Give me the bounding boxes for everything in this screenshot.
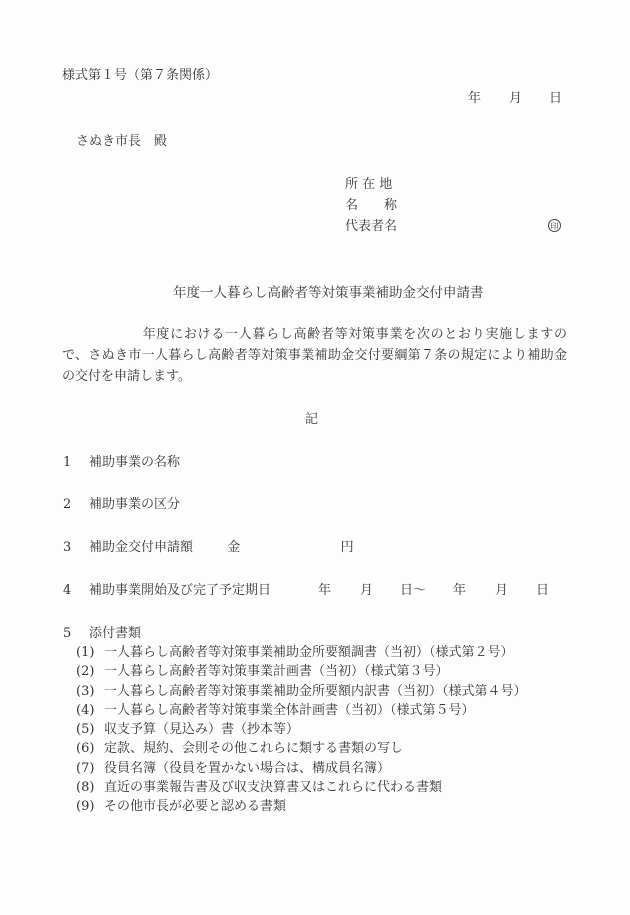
list-item: (5)収支予算（見込み）書（抄本等） (76, 723, 527, 742)
section-number: 5 (63, 627, 89, 640)
section-number: 3 (63, 541, 89, 554)
list-item: (4)一人暮らし高齢者等対策事業全体計画書（当初）（様式第５号） (76, 704, 527, 723)
form-number: 様式第１号（第７条関係） (62, 69, 218, 82)
list-item: (9)その他市長が必要と認める書類 (76, 800, 527, 819)
end-month: 月 (495, 584, 508, 597)
list-item: (3)一人暮らし高齢者等対策事業補助金所要額内訳書（当初）（様式第４号） (76, 685, 527, 704)
amount-prefix: 金 (227, 540, 240, 555)
section-3: 3補助金交付申請額 金 円 (63, 541, 354, 554)
list-item: (6)定款、規約、会則その他これらに類する書類の写し (76, 742, 527, 761)
attachments-list: (1)一人暮らし高齢者等対策事業補助金所要額調書（当初）（様式第２号） (2)一… (76, 646, 527, 820)
name-label: 名 称 (345, 199, 397, 212)
start-year: 年 (318, 584, 331, 597)
section-2: 2補助事業の区分 (63, 498, 180, 511)
representative-label: 代表者名 (345, 220, 397, 233)
section-number: 1 (63, 456, 89, 469)
body-paragraph: 年度における一人暮らし高齢者等対策事業を次のとおり実施しますので、さぬき市一人暮… (62, 324, 567, 387)
addressee: さぬき市長 殿 (76, 135, 167, 148)
address-label: 所 在 地 (345, 178, 392, 191)
seal-icon: 印 (548, 219, 561, 232)
section-1: 1補助事業の名称 (63, 456, 180, 469)
amount-unit: 円 (341, 540, 354, 555)
section-label: 添付書類 (89, 626, 141, 641)
start-month: 月 (360, 584, 373, 597)
date-day-label: 日 (549, 92, 562, 105)
body-text: 年度における一人暮らし高齢者等対策事業を次のとおり実施しますので、さぬき市一人暮… (62, 327, 567, 384)
list-item: (8)直近の事業報告書及び収支決算書又はこれらに代わる書類 (76, 781, 527, 800)
end-year: 年 (453, 584, 466, 597)
section-number: 4 (63, 584, 89, 597)
date-month-label: 月 (509, 92, 522, 105)
start-day: 日～ (400, 584, 426, 597)
section-label: 補助事業の区分 (89, 497, 180, 512)
section-4: 4補助事業開始及び完了予定期日 (63, 584, 271, 597)
ki-heading: 記 (305, 413, 318, 426)
list-item: (1)一人暮らし高齢者等対策事業補助金所要額調書（当初）（様式第２号） (76, 646, 527, 665)
section-label: 補助事業開始及び完了予定期日 (89, 583, 271, 598)
end-day: 日 (536, 584, 549, 597)
section-label: 補助金交付申請額 (89, 540, 193, 555)
section-5: 5添付書類 (63, 627, 141, 640)
section-number: 2 (63, 498, 89, 511)
document-title: 年度一人暮らし高齢者等対策事業補助金交付申請書 (173, 287, 484, 301)
date-year-label: 年 (468, 92, 481, 105)
list-item: (7)役員名簿（役員を置かない場合は、構成員名簿） (76, 762, 527, 781)
list-item: (2)一人暮らし高齢者等対策事業計画書（当初）（様式第３号） (76, 665, 527, 684)
section-label: 補助事業の名称 (89, 455, 180, 470)
